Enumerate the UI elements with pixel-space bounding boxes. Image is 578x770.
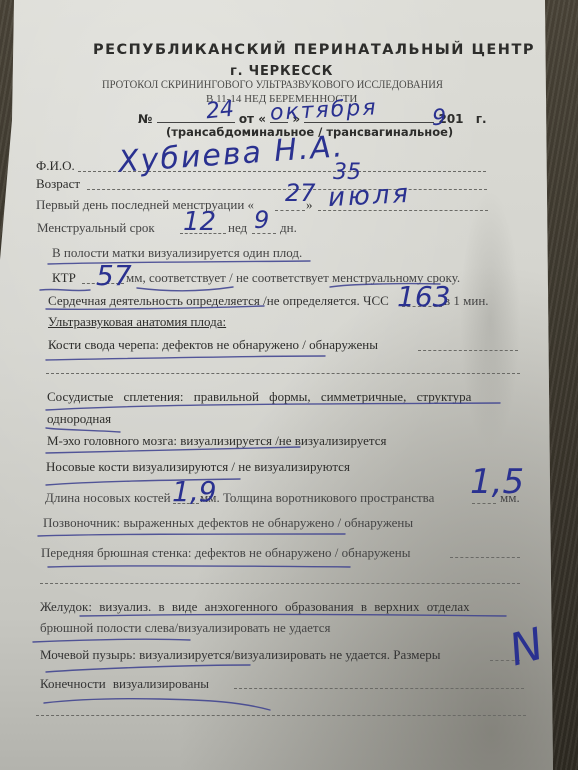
skull-detail-field (418, 350, 518, 351)
stomach-line-2: брюшной полости слева/визуализировать не… (40, 620, 331, 636)
lmp-label: Первый день последней менструации « (36, 197, 254, 213)
handwritten-day: 24 (205, 97, 235, 125)
handwritten-term-weeks: 12 (183, 207, 216, 237)
fio-label: Ф.И.О. (36, 158, 75, 174)
protocol-title: ПРОТОКОЛ СКРИНИНГОВОГО УЛЬТРАЗВУКОВОГО И… (102, 77, 443, 92)
lmp-day-field[interactable] (275, 210, 305, 211)
handwritten-lmp-month: июля (327, 179, 412, 213)
plexus-line-2: однородная (47, 411, 111, 427)
limbs-field[interactable] (234, 688, 524, 689)
spine-line: Позвоночник: выраженных дефектов не обна… (43, 515, 413, 531)
nt-field[interactable] (472, 503, 496, 504)
single-fetus-line: В полости матки визуализируется один пло… (52, 245, 302, 261)
nasal-length-label: Длина носовых костей (45, 490, 171, 506)
nasal-bones-line: Носовые кости визуализируются / не визуа… (46, 459, 350, 475)
handwritten-lmp-day: 27 (285, 179, 316, 207)
crl-label: КТР (52, 270, 76, 286)
bladder-line: Мочевой пузырь: визуализируется/визуализ… (40, 647, 440, 663)
abdominal-wall-extra-line (40, 583, 520, 584)
term-label: Менструальный срок (37, 220, 155, 236)
handwritten-heart-rate: 163 (397, 280, 450, 313)
handwritten-crl: 57 (96, 259, 132, 292)
number-label: № (138, 112, 152, 126)
handwritten-term-days: 9 (254, 206, 269, 234)
institution-title: РЕСПУБЛИКАНСКИЙ ПЕРИНАТАЛЬНЫЙ ЦЕНТР (93, 42, 535, 58)
paper-fold-shadow (460, 190, 520, 450)
stomach-line-1: Желудок: визуализ. в виде анэхогенного о… (40, 599, 470, 615)
anatomy-heading: Ультразвуковая анатомия плода: (48, 314, 226, 330)
age-label: Возраст (36, 176, 80, 192)
limbs-line: Конечности визуализированы (40, 676, 209, 692)
handwritten-year-digit: 9 (432, 106, 446, 131)
date-from-label: от « (239, 112, 266, 126)
limbs-extra-line (36, 715, 526, 716)
handwritten-nt: 1,5 (470, 462, 524, 502)
skull-extra-line (46, 373, 520, 374)
m-echo-line: М-эхо головного мозга: визуализируется /… (47, 433, 387, 449)
handwritten-nasal-length: 1,9 (172, 475, 217, 508)
abdominal-wall-detail-field (450, 557, 520, 558)
heart-activity-text: Сердечная деятельность определяется /не … (48, 293, 389, 309)
abdominal-wall-line: Передняя брюшная стенка: дефектов не обн… (41, 545, 410, 561)
skull-line: Кости свода черепа: дефектов не обнаруже… (48, 337, 378, 353)
plexus-line-1: Сосудистые сплетения: правильной формы, … (47, 389, 471, 405)
